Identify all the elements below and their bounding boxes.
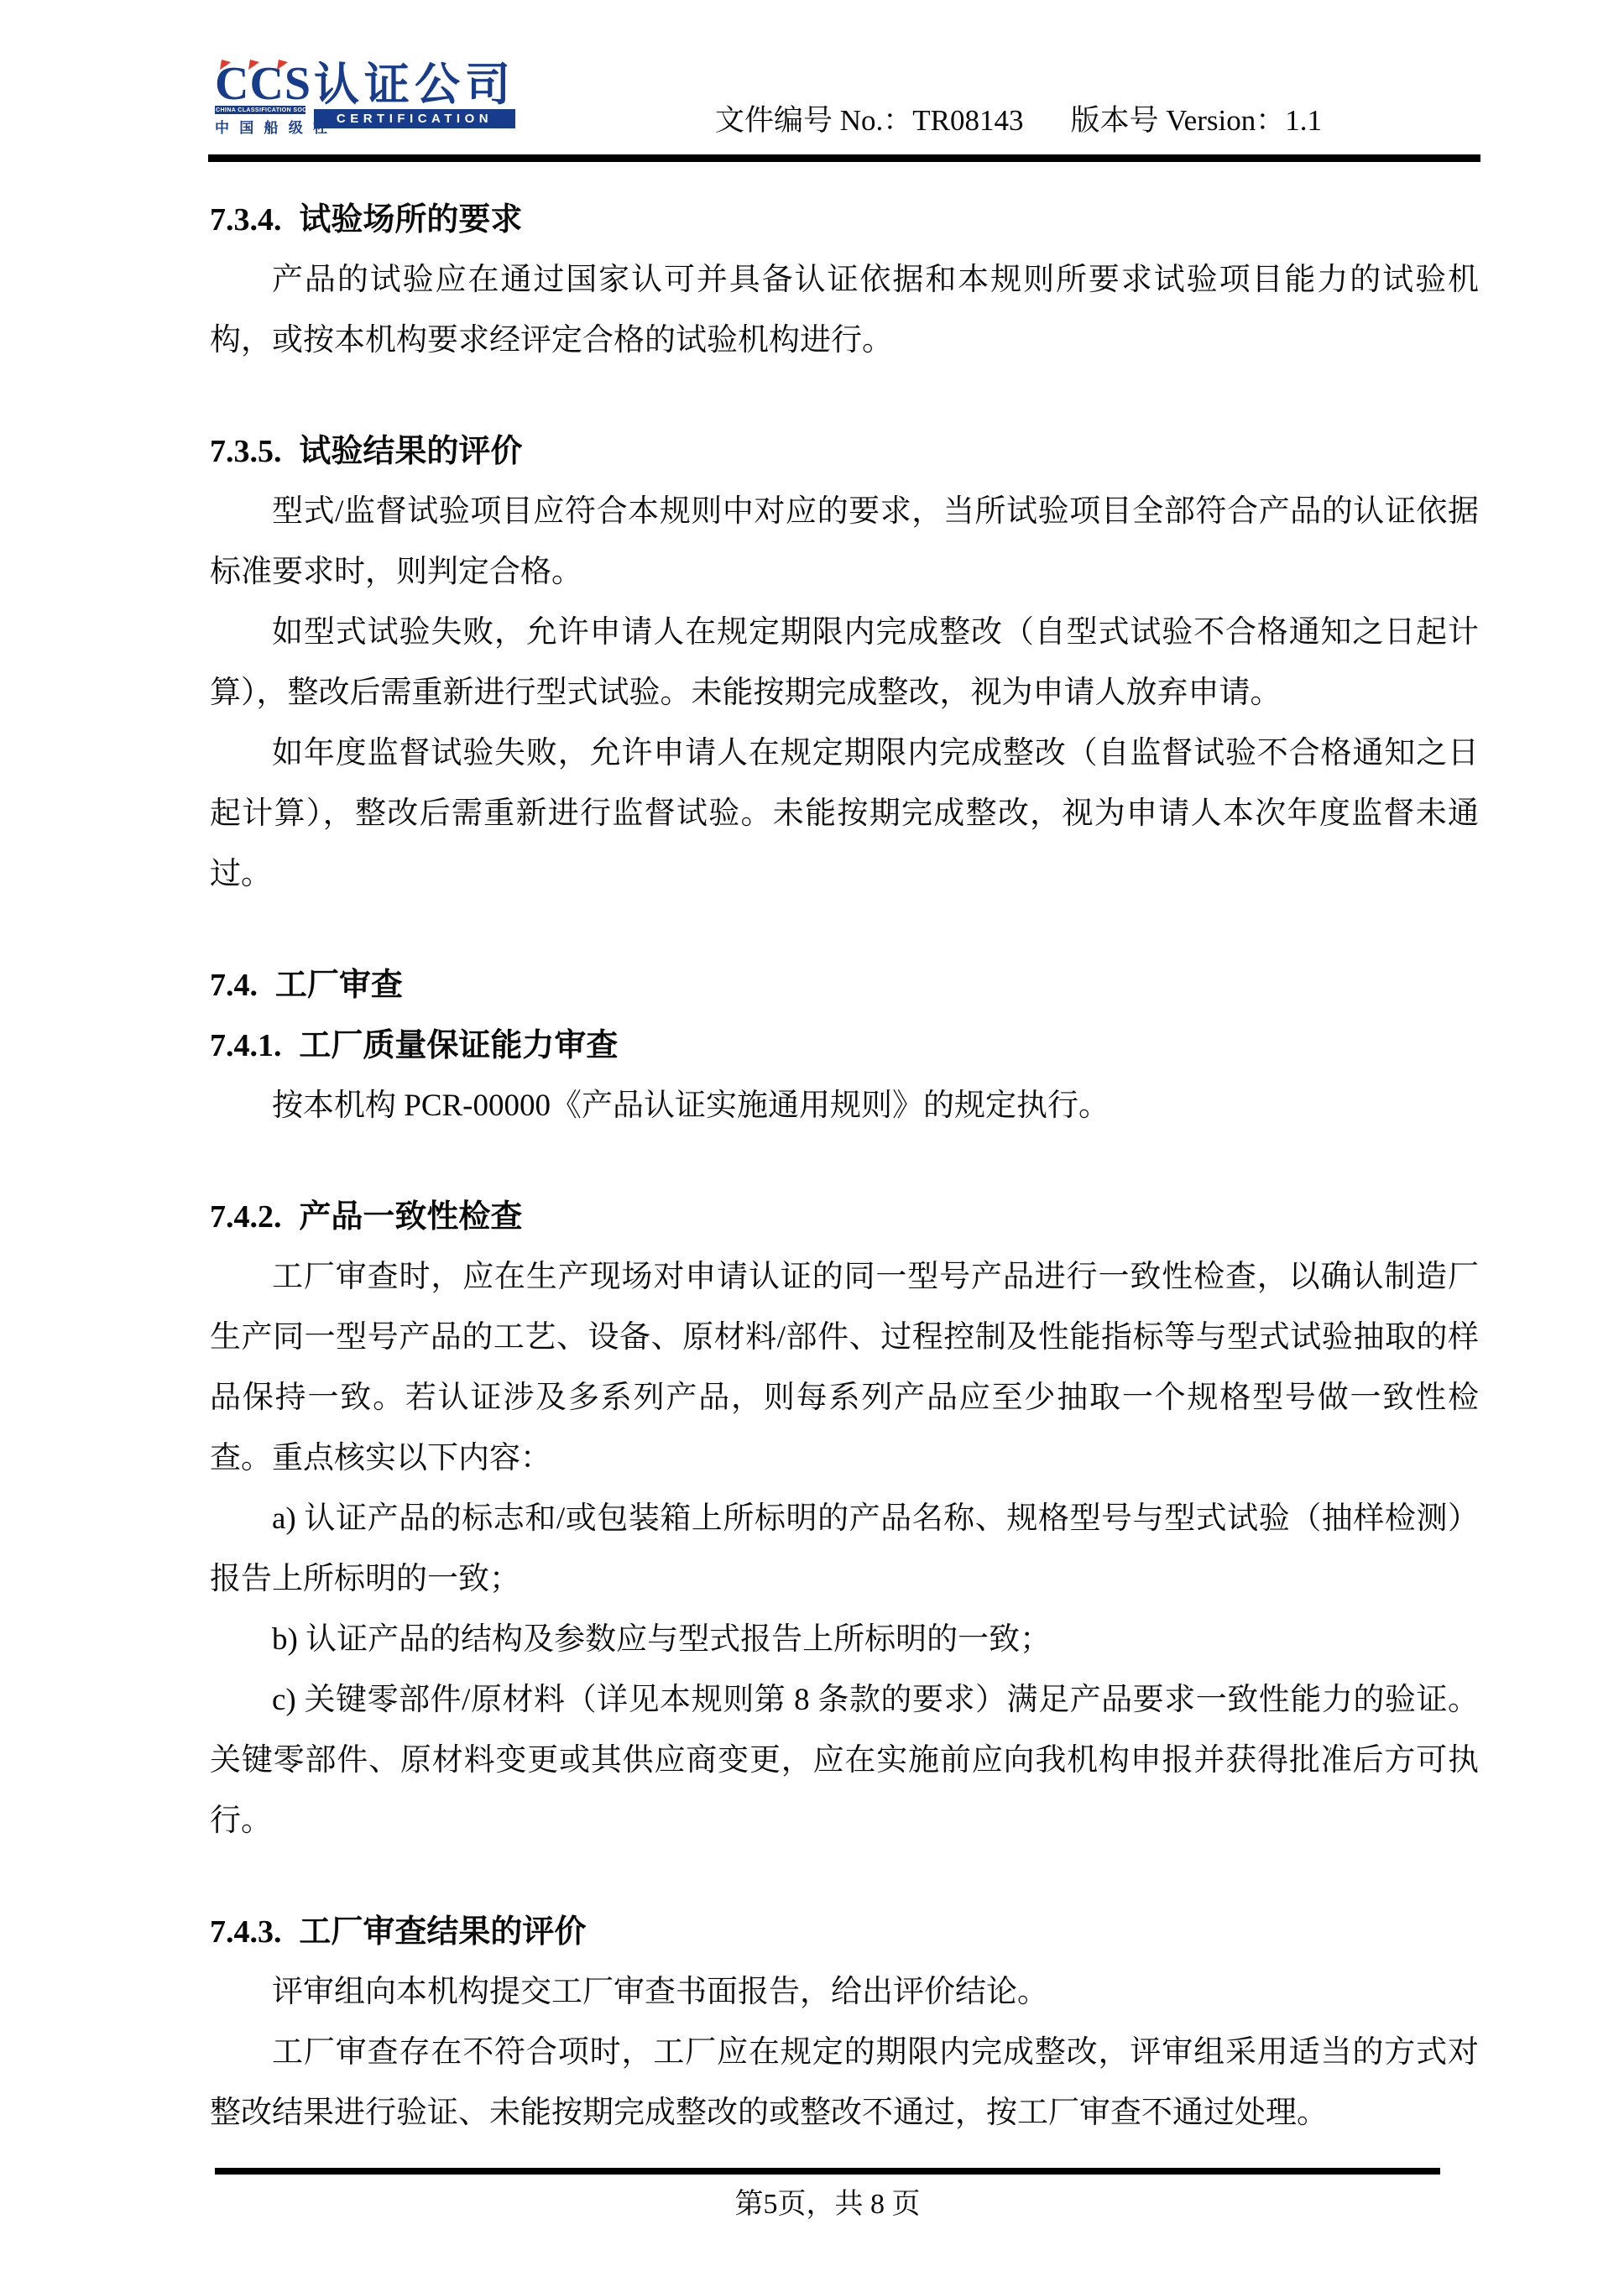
section-title: 工厂审查结果的评价: [299, 1914, 586, 1950]
section-heading-7-4-3: 7.4.3.工厂审查结果的评价: [210, 1902, 1479, 1962]
section-title: 产品一致性检查: [299, 1199, 522, 1235]
section-number: 7.4.3.: [210, 1914, 282, 1950]
page-number: 第5页，共 8 页: [215, 2180, 1440, 2222]
body-paragraph: 产品的试验应在通过国家认可并具备认证依据和本规则所要求试验项目能力的试验机构，或…: [210, 250, 1479, 371]
ccs-logo-left: CCS CHINA CLASSIFICATION SOCIETY 中 国 船 级…: [215, 64, 305, 137]
section-number: 7.4.: [210, 968, 258, 1003]
header-divider: [208, 154, 1480, 162]
body-paragraph: 评审组向本机构提交工厂审查书面报告，给出评价结论。: [210, 1962, 1479, 2023]
ccs-logo: CCS CHINA CLASSIFICATION SOCIETY 中 国 船 级…: [215, 64, 515, 137]
section-number: 7.3.4.: [210, 202, 282, 238]
section-heading-7-4-1: 7.4.1.工厂质量保证能力审查: [210, 1016, 1479, 1076]
ccs-logo-right: 认证公司 CERTIFICATION: [314, 64, 515, 128]
section-heading-7-4-2: 7.4.2.产品一致性检查: [210, 1187, 1479, 1247]
certification-banner: CERTIFICATION: [314, 109, 515, 128]
doc-version: 版本号 Version：1.1: [1071, 104, 1322, 137]
body-paragraph-item-a: a) 认证产品的标志和/或包装箱上所标明的产品名称、规格型号与型式试验（抽样检测…: [210, 1489, 1479, 1610]
section-heading-7-4: 7.4.工厂审查: [210, 955, 1479, 1016]
section-heading-7-3-4: 7.3.4.试验场所的要求: [210, 190, 1479, 250]
section-number: 7.4.1.: [210, 1028, 282, 1063]
section-title: 试验场所的要求: [299, 202, 522, 238]
body-paragraph: 如年度监督试验失败，允许申请人在规定期限内完成整改（自监督试验不合格通知之日起计…: [210, 723, 1479, 905]
section-heading-7-3-5: 7.3.5.试验结果的评价: [210, 421, 1479, 482]
body-paragraph: 按本机构 PCR-00000《产品认证实施通用规则》的规定执行。: [210, 1076, 1479, 1136]
body-paragraph-item-c: c) 关键零部件/原材料（详见本规则第 8 条款的要求）满足产品要求一致性能力的…: [210, 1670, 1479, 1851]
certification-company-chinese: 认证公司: [314, 64, 515, 106]
section-title: 工厂审查: [275, 968, 403, 1003]
section-number: 7.3.5.: [210, 434, 282, 469]
body-paragraph: 型式/监督试验项目应符合本规则中对应的要求，当所试验项目全部符合产品的认证依据标…: [210, 482, 1479, 603]
doc-number: 文件编号 No.：TR08143: [715, 104, 1024, 137]
footer-divider: [215, 2168, 1440, 2175]
body-paragraph: 工厂审查存在不符合项时，工厂应在规定的期限内完成整改，评审组采用适当的方式对整改…: [210, 2023, 1479, 2143]
section-number: 7.4.2.: [210, 1199, 282, 1235]
header-doc-info: 文件编号 No.：TR08143版本号 Version：1.1: [715, 97, 1322, 139]
body-paragraph: 工厂审查时，应在生产现场对申请认证的同一型号产品进行一致性检查，以确认制造厂生产…: [210, 1247, 1479, 1489]
document-page: CCS CHINA CLASSIFICATION SOCIETY 中 国 船 级…: [0, 0, 1624, 2287]
section-title: 工厂质量保证能力审查: [299, 1028, 618, 1063]
ccs-acronym: CCS: [215, 64, 305, 104]
body-paragraph-item-b: b) 认证产品的结构及参数应与型式报告上所标明的一致；: [210, 1610, 1479, 1670]
ccs-society-chinese: 中 国 船 级 社: [215, 116, 305, 137]
document-body: 7.3.4.试验场所的要求 产品的试验应在通过国家认可并具备认证依据和本规则所要…: [210, 190, 1479, 2143]
body-paragraph: 如型式试验失败，允许申请人在规定期限内完成整改（自型式试验不合格通知之日起计算）…: [210, 603, 1479, 723]
section-title: 试验结果的评价: [299, 434, 522, 469]
